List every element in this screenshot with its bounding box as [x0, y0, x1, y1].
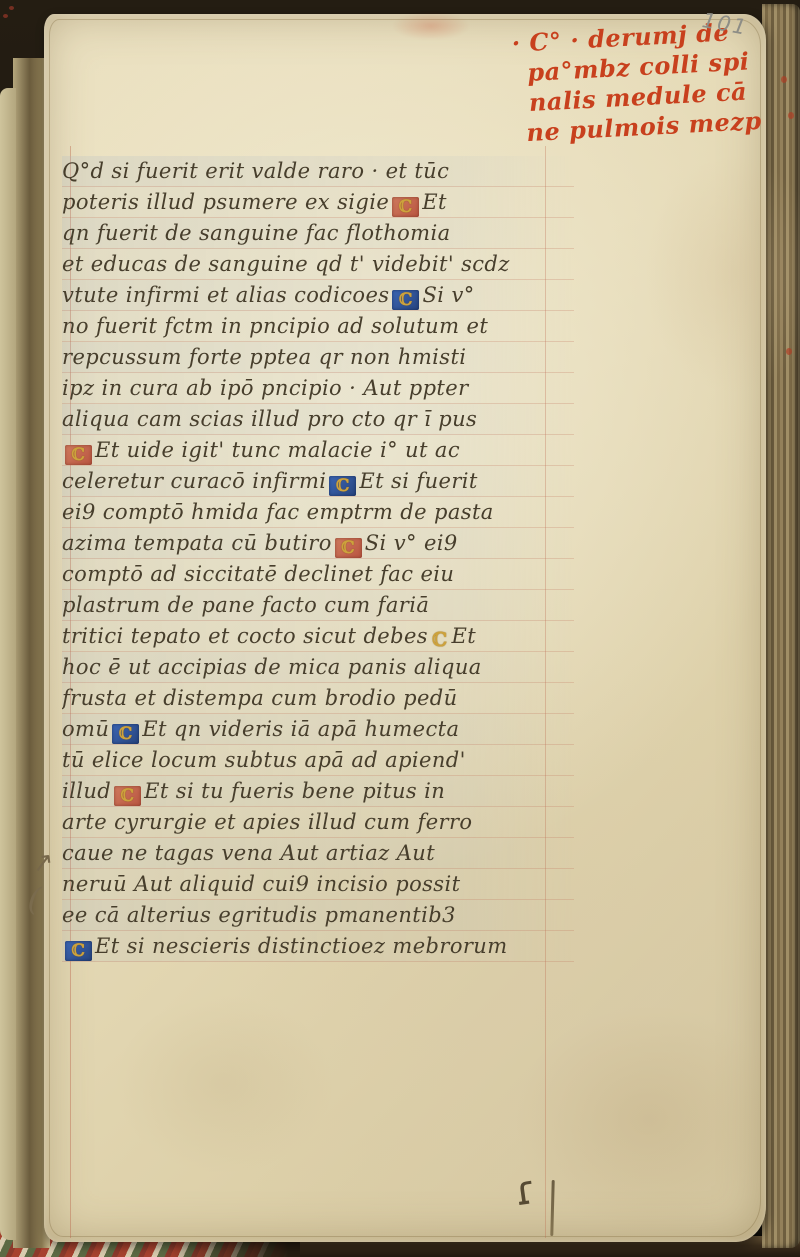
- textile-speck: [9, 6, 14, 10]
- manuscript-text: vtute infirmi et alias codicoes: [62, 283, 389, 307]
- manuscript-text: Et uide igit' tunc malacie i° ut ac: [95, 438, 460, 462]
- manuscript-text: Et si nescieris distinctioez mebrorum: [95, 934, 508, 958]
- manuscript-line: et educas de sanguine qd t' videbit' scd…: [62, 249, 574, 280]
- manuscript-text: ee cā alterius egritudis pmanentib3: [62, 903, 456, 927]
- manuscript-line: illudℂEt si tu fueris bene pitus in: [62, 776, 574, 807]
- manuscript-line: ee cā alterius egritudis pmanentib3: [62, 900, 574, 931]
- manuscript-line: ei9 comptō hmida fac emptrm de pasta: [62, 497, 574, 528]
- manuscript-text: poteris illud psumere ex sigie: [62, 190, 389, 214]
- red-ink-speck: [781, 76, 787, 83]
- manuscript-text: Et: [422, 190, 447, 214]
- manuscript-text: Si v° ei9: [365, 531, 458, 555]
- book-fore-edge: [762, 4, 800, 1248]
- manuscript-text: illud: [62, 779, 111, 803]
- manuscript-text: Q°d si fuerit erit valde raro · et tūc: [62, 159, 449, 183]
- manuscript-line: frusta et distempa cum brodio pedū: [62, 683, 574, 714]
- manuscript-photo: · C° · derumj depa°mbz colli spinalis me…: [0, 0, 800, 1257]
- manuscript-text: celeretur curacō infirmi: [62, 469, 326, 493]
- manuscript-line: poteris illud psumere ex sigieℂEt: [62, 187, 574, 218]
- manuscript-line: vtute infirmi et alias codicoesℂSi v°: [62, 280, 574, 311]
- manuscript-text: tū elice locum subtus apā ad apiend': [62, 748, 466, 772]
- manuscript-text: Si v°: [422, 283, 474, 307]
- paraph-mark-blue: ℂ: [112, 724, 139, 744]
- manuscript-text: Et si tu fueris bene pitus in: [144, 779, 445, 803]
- manuscript-line: ipz in cura ab ipō pncipio · Aut ppter: [62, 373, 574, 404]
- red-ink-smudge: [392, 12, 470, 40]
- manuscript-line: no fuerit fctm in pncipio ad solutum et: [62, 311, 574, 342]
- manuscript-text: no fuerit fctm in pncipio ad solutum et: [62, 314, 488, 338]
- manuscript-line: omūℂEt qn videris iā apā humecta: [62, 714, 574, 745]
- manuscript-line: ℂEt uide igit' tunc malacie i° ut ac: [62, 435, 574, 466]
- marginal-arrow-mark: ↗: [30, 847, 56, 880]
- textile-speck: [3, 14, 8, 18]
- red-ink-speck: [788, 112, 794, 119]
- manuscript-text: Et qn videris iā apā humecta: [142, 717, 459, 741]
- manuscript-text: tritici tepato et cocto sicut debes: [62, 624, 428, 648]
- paraph-mark-red: ℂ: [335, 538, 362, 558]
- facing-page-edge: [0, 88, 16, 1240]
- paraph-mark-gold: ℂ: [431, 630, 449, 650]
- manuscript-text: et educas de sanguine qd t' videbit' scd…: [62, 252, 510, 276]
- manuscript-line: plastrum de pane facto cum fariā: [62, 590, 574, 621]
- manuscript-text: omū: [62, 717, 109, 741]
- manuscript-text: arte cyrurgie et apies illud cum ferro: [62, 810, 472, 834]
- manuscript-line: Q°d si fuerit erit valde raro · et tūc: [62, 156, 574, 187]
- manuscript-text: aliqua cam scias illud pro cto qr ī pus: [62, 407, 477, 431]
- manuscript-text: frusta et distempa cum brodio pedū: [62, 686, 458, 710]
- paraph-mark-red: ℂ: [65, 445, 92, 465]
- manuscript-line: repcussum forte pptea qr non hmisti: [62, 342, 574, 373]
- manuscript-text: plastrum de pane facto cum fariā: [62, 593, 429, 617]
- parchment-stain: [114, 994, 334, 1174]
- manuscript-line: caue ne tagas vena Aut artiaz Aut: [62, 838, 574, 869]
- manuscript-text: neruū Aut aliquid cui9 incisio possit: [62, 872, 460, 896]
- manuscript-line: celeretur curacō infirmiℂEt si fuerit: [62, 466, 574, 497]
- manuscript-line: tū elice locum subtus apā ad apiend': [62, 745, 574, 776]
- manuscript-line: hoc ē ut accipias de mica panis aliqua: [62, 652, 574, 683]
- manuscript-text: caue ne tagas vena Aut artiaz Aut: [62, 841, 435, 865]
- paraph-mark-red: ℂ: [392, 197, 419, 217]
- text-block: Q°d si fuerit erit valde raro · et tūcpo…: [62, 156, 578, 962]
- manuscript-text: repcussum forte pptea qr non hmisti: [62, 345, 466, 369]
- manuscript-line: ℂEt si nescieris distinctioez mebrorum: [62, 931, 574, 962]
- red-ink-speck: [786, 348, 792, 355]
- manuscript-text: Et si fuerit: [359, 469, 477, 493]
- paraph-mark-blue: ℂ: [392, 290, 419, 310]
- manuscript-text: azima tempata cū butiro: [62, 531, 332, 555]
- paraph-mark-red: ℂ: [114, 786, 141, 806]
- manuscript-line: comptō ad siccitatē declinet fac eiu: [62, 559, 574, 590]
- manuscript-line: arte cyrurgie et apies illud cum ferro: [62, 807, 574, 838]
- parchment-stain: [514, 1004, 784, 1234]
- manuscript-text: comptō ad siccitatē declinet fac eiu: [62, 562, 454, 586]
- manuscript-text: Et: [452, 624, 477, 648]
- manuscript-text: hoc ē ut accipias de mica panis aliqua: [62, 655, 482, 679]
- paraph-mark-blue: ℂ: [65, 941, 92, 961]
- manuscript-line: qn fuerit de sanguine fac flothomia: [62, 218, 574, 249]
- manuscript-line: tritici tepato et cocto sicut debesℂEt: [62, 621, 574, 652]
- manuscript-line: aliqua cam scias illud pro cto qr ī pus: [62, 404, 574, 435]
- manuscript-line: azima tempata cū butiroℂSi v° ei9: [62, 528, 574, 559]
- manuscript-text: qn fuerit de sanguine fac flothomia: [62, 221, 451, 245]
- manuscript-text: ipz in cura ab ipō pncipio · Aut ppter: [62, 376, 469, 400]
- manuscript-line: neruū Aut aliquid cui9 incisio possit: [62, 869, 574, 900]
- manuscript-text: ei9 comptō hmida fac emptrm de pasta: [62, 500, 494, 524]
- paraph-mark-blue: ℂ: [329, 476, 356, 496]
